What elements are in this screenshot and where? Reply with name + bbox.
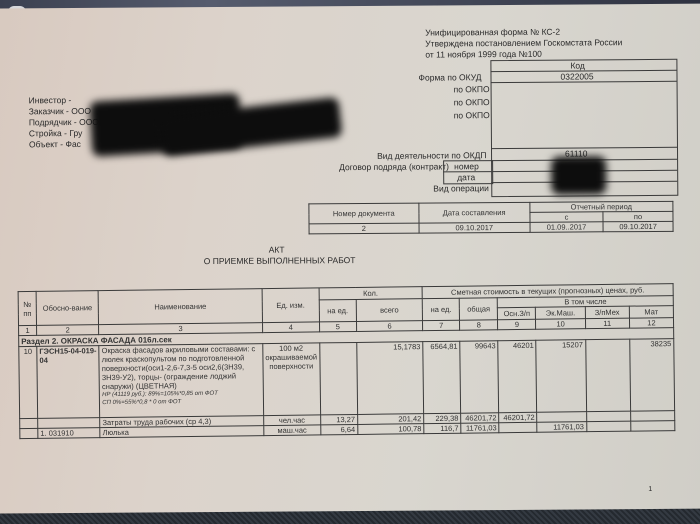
document-sheet: Унифицированная форма № КС-2 Утверждена … bbox=[0, 3, 700, 513]
period-to-value: 09.10.2017 bbox=[603, 221, 673, 231]
row-ek-mash bbox=[537, 412, 586, 423]
row-osn-zp: 46201,72 bbox=[499, 412, 537, 422]
col-ek-mash-header: Эк.Маш. bbox=[536, 307, 585, 320]
row-name: Люлька bbox=[100, 426, 264, 438]
row-cost-total: 99643 bbox=[460, 341, 499, 413]
col-basis-header: Обосно-вание bbox=[36, 291, 99, 326]
act-subtitle: О ПРИЕМКЕ ВЫПОЛНЕННЫХ РАБОТ bbox=[204, 255, 356, 267]
row-cost-per-unit: 6564,81 bbox=[423, 341, 461, 413]
row-mat bbox=[630, 421, 674, 432]
doc-date-value: 09.10.2017 bbox=[419, 222, 530, 233]
col-mat-header: Мат bbox=[629, 306, 673, 319]
page-number: 1 bbox=[648, 484, 652, 495]
act-title: АКТ bbox=[269, 245, 285, 256]
col-number: 11 bbox=[585, 318, 629, 329]
row-zp-mekh bbox=[586, 421, 630, 432]
col-name-header: Наименование bbox=[98, 289, 262, 325]
code-header: Код bbox=[570, 60, 585, 71]
row-zp-mekh bbox=[585, 339, 630, 412]
col-number: 12 bbox=[629, 318, 673, 329]
col-number: 8 bbox=[460, 320, 498, 330]
col-unit-header: Ед. изм. bbox=[262, 288, 319, 323]
contractor-label: Подрядчик - ООО bbox=[29, 117, 99, 128]
row-ek-mash: 15207 bbox=[536, 340, 586, 413]
col-number: 7 bbox=[423, 320, 460, 330]
row-mat: 38235 bbox=[629, 339, 674, 412]
row-osn-zp bbox=[499, 422, 537, 432]
period-from-header: с bbox=[530, 212, 603, 223]
col-zp-mekh-header: З/пМех bbox=[585, 306, 629, 319]
row-num: 10 bbox=[19, 346, 38, 418]
row-qty-per-unit bbox=[320, 342, 358, 414]
okpo2-label: по ОКПО bbox=[454, 97, 490, 108]
row-qty-total: 100,78 bbox=[358, 424, 424, 435]
works-table: № пп Обосно-вание Наименование Ед. изм. … bbox=[18, 283, 676, 439]
row-zp-mekh bbox=[586, 411, 630, 422]
okpo1-label: по ОКПО bbox=[454, 84, 490, 95]
form-approval-date: от 11 ноября 1999 года №100 bbox=[425, 49, 542, 61]
row-unit: маш.час bbox=[264, 425, 321, 436]
col-number: 10 bbox=[536, 319, 585, 330]
row-qty-per-unit: 13,27 bbox=[320, 414, 357, 424]
col-number: 4 bbox=[262, 322, 319, 333]
form-approval: Утверждена постановлением Госкомстата Ро… bbox=[425, 37, 622, 49]
period-from-value: 01.09..2017 bbox=[530, 222, 603, 233]
row-cost-per-unit: 229,38 bbox=[424, 413, 461, 423]
doc-date-header: Дата составления bbox=[418, 202, 529, 223]
contract-date-label: дата bbox=[457, 172, 475, 183]
col-cost-per-unit-header: на ед. bbox=[422, 298, 459, 320]
row-mat bbox=[630, 411, 674, 422]
investor-label: Инвестор - bbox=[29, 95, 72, 106]
row-basis: ГЭСН15-04-019-04 bbox=[37, 346, 100, 419]
row-osn-zp: 46201 bbox=[498, 340, 537, 412]
row-unit: чел.час bbox=[263, 415, 320, 426]
table-row: 10 ГЭСН15-04-019-04 Окраска фасадов акри… bbox=[19, 339, 675, 419]
operation-label: Вид операции bbox=[433, 183, 489, 194]
period-to-header: по bbox=[603, 211, 673, 221]
doc-number-header: Номер документа bbox=[309, 203, 419, 224]
okud-label: Форма по ОКУД bbox=[418, 72, 481, 83]
contract-label: Договор подряда (контракт) bbox=[339, 161, 449, 173]
col-qty-per-unit-header: на ед. bbox=[319, 299, 356, 321]
row-cost-total: 11761,03 bbox=[461, 423, 499, 433]
object-label: Объект - Фас bbox=[29, 139, 81, 150]
row-basis: 1. 031910 bbox=[38, 428, 100, 439]
row-name: Окраска фасадов акриловыми составами: с … bbox=[102, 344, 261, 391]
row-cost-total: 46201,72 bbox=[461, 413, 499, 423]
redaction bbox=[551, 156, 606, 194]
row-note-sp: СП 0%=55%*0,8 * 0 от ФОТ bbox=[102, 397, 261, 407]
construction-label: Стройка - Гру bbox=[29, 128, 83, 139]
col-number: 9 bbox=[498, 319, 536, 329]
doc-number-value: 2 bbox=[309, 223, 419, 234]
col-qty-total-header: всего bbox=[356, 299, 422, 322]
col-cost-total-header: общая bbox=[459, 298, 497, 320]
row-unit: 100 м2 окрашиваемой поверхности bbox=[263, 343, 321, 416]
row-ek-mash: 11761,03 bbox=[537, 422, 586, 433]
row-qty-per-unit: 6,64 bbox=[321, 424, 358, 434]
contract-number-label: номер bbox=[454, 161, 479, 172]
okpo3-label: по ОКПО bbox=[454, 110, 490, 121]
customer-label: Заказчик - ООО bbox=[29, 106, 91, 117]
row-qty-total: 15,1783 bbox=[357, 342, 424, 415]
row-qty-total: 201,42 bbox=[358, 414, 424, 425]
col-number: 5 bbox=[319, 321, 356, 331]
col-osn-zp-header: Осн.З/п bbox=[498, 307, 536, 319]
document-info-table: Номер документа Дата составления Отчетны… bbox=[308, 201, 673, 235]
okud-value: 0322005 bbox=[560, 71, 593, 82]
row-cost-per-unit: 116,7 bbox=[424, 423, 461, 433]
col-num-header: № пп bbox=[18, 291, 36, 325]
col-number: 1 bbox=[19, 325, 37, 335]
